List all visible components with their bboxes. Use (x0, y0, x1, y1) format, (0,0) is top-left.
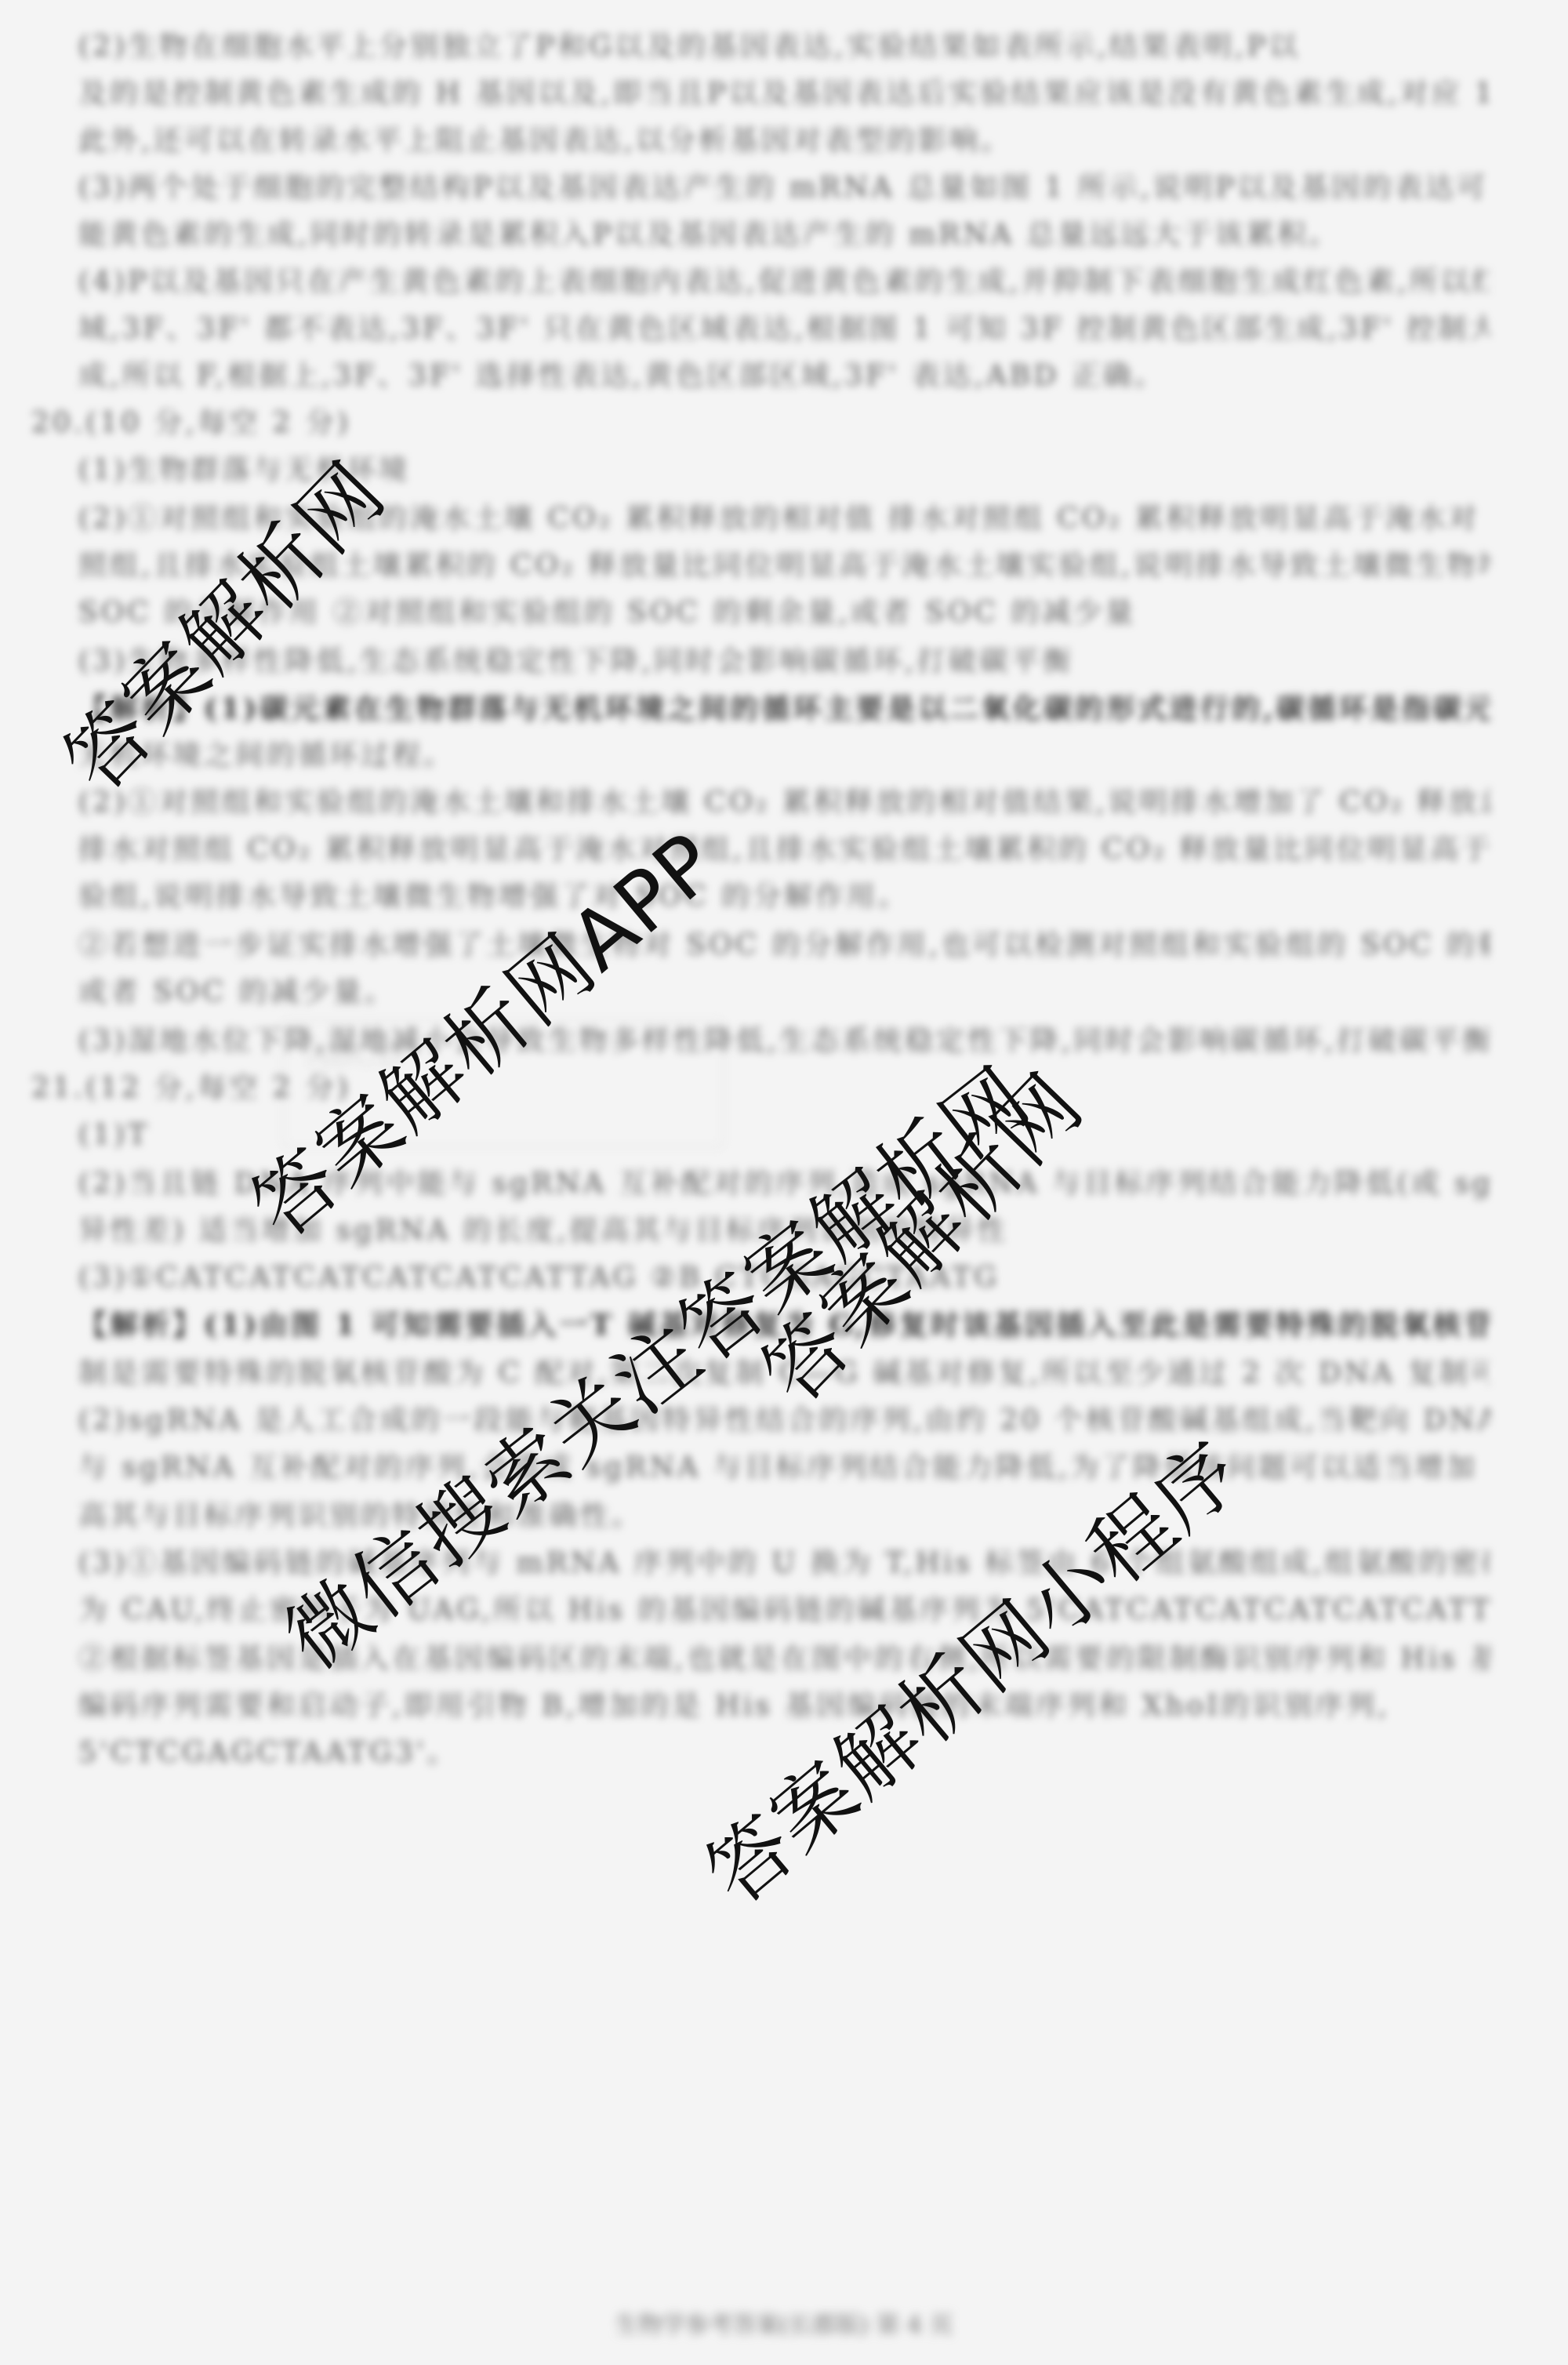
text-line: 及的是控制黄色素生成的 H 基因以及,即当且P以及基因表达后实验结果应该是没有黄… (78, 77, 1490, 111)
text-line: (3)两个处于细胞的完整结构P以及基因表达产生的 mRNA 总量如图 1 所示,… (78, 171, 1490, 205)
text-line: ②若想进一步证实排水增强了土壤微生物对 SOC 的分解作用,也可以检测对照组和实… (78, 928, 1490, 963)
page-footer: 生物学参考答案(长郡版) 第 4 页 (0, 2305, 1568, 2340)
text-line: 与 sgRNA 互补配对的序列,会造成 sgRNA 与目标序列结合能力降低,为了… (78, 1451, 1490, 1485)
text-line: 编码序列需要和启动子,即用引物 B,增加的是 His 基因编码链的末端序列和 X… (78, 1689, 1490, 1724)
text-line: 此外,还可以在转录水平上阻止基因表达,以分析基因对表型的影响。 (78, 124, 1490, 158)
text-line: ②根据标签基因是插入在基因编码区的末端,也就是在图中的右侧,所以需要的限制酶识别… (78, 1642, 1490, 1677)
text-line: (2)①对照组和实验组的淹水土壤和排水土壤 CO₂ 累积释放的相对值结果,说明排… (78, 786, 1490, 820)
text-line: (2)sgRNA 是人工合成的一段能与靶基因特异性结合的序列,由约 20 个核苷… (78, 1404, 1490, 1438)
text-line: 或者 SOC 的减少量。 (78, 975, 1490, 1010)
text-line: 能黄色素的生成,同时的转录是累积入P以及基因表达产生的 mRNA 总量远远大于该… (78, 218, 1490, 252)
text-line: 21.(12 分,每空 2 分) (31, 1071, 1490, 1106)
text-line: 成,所以 F,根据上,3F、3F' 选择性表达,黄色区部区域,3F' 表达,AB… (78, 359, 1490, 394)
text-line: (4)P以及基因只在产生黄色素的上表细胞内表达,促进黄色素的生成,并抑制下表细胞… (78, 265, 1490, 300)
text-line: 【解析】(1)碳元素在生物群落与无机环境之间的循环主要是以二氧化碳的形式进行的,… (78, 692, 1490, 726)
text-line: (3)湿地水位下降,湿地减小会导致生物多样性降低,生态系统稳定性下降,同时会影响… (78, 1024, 1490, 1059)
text-line: 域,3F、3F' 都不表达,3F、3F' 只在黄色区域表达,根据图 1 可知 3… (78, 312, 1490, 347)
text-line: (2)生物在细胞水平上分别独立了P和G以及的基因表达,实验结果如表所示,结果表明… (78, 30, 1490, 64)
text-line: 20.(10 分,每空 2 分) (31, 406, 1490, 441)
text-line: 排水对照组 CO₂ 累积释放明显高于淹水对照组,且排水实验组土壤累积的 CO₂ … (78, 833, 1490, 867)
text-line: 高其与目标序列识别的特异性和准确性。 (78, 1499, 1490, 1534)
text-line: 验组,说明排水导致土壤微生物增强了对 SOC 的分解作用。 (78, 880, 1490, 914)
text-line: (3)生物多样性降低,生态系统稳定性下降,同时会影响碳循环,打破碳平衡 (78, 645, 1490, 679)
text-line: 无机环境之间的循环过程。 (78, 739, 1490, 773)
